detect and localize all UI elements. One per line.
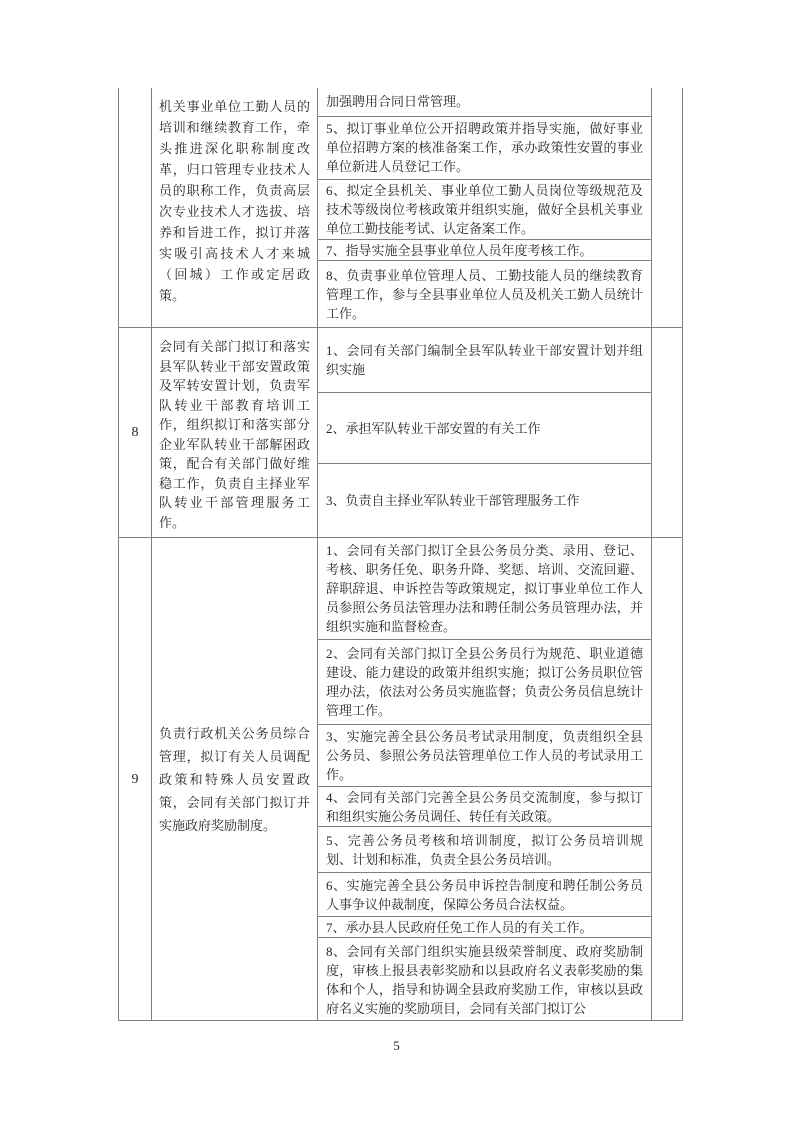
- table-row-8: 8 会同有关部门拟订和落实县军队转业干部安置政策及军转安置计划，负责军队转业干部…: [118, 328, 683, 538]
- duties-table: 机关事业单位工勤人员的培训和继续教育工作，牵头推进深化职称制度改革，归口管理专业…: [118, 88, 683, 1021]
- duty-summary-text: 会同有关部门拟订和落实县军队转业干部安置政策及军转安置计划，负责军队转业干部教育…: [159, 337, 310, 532]
- duty-item: 8、负责事业单位管理人员、工勤技能人员的继续教育管理工作，参与全县事业单位人员及…: [318, 261, 651, 327]
- row-number-cell: [118, 88, 152, 327]
- table-row-continued: 机关事业单位工勤人员的培训和继续教育工作，牵头推进深化职称制度改革，归口管理专业…: [118, 88, 683, 328]
- duty-item: 2、会同有关部门拟订全县公务员行为规范、职业道德建设、能力建设的政策并组织实施；…: [318, 640, 651, 725]
- table-row-9: 9 负责行政机关公务员综合管理，拟订有关人员调配政策和特殊人员安置政策，会同有关…: [118, 538, 683, 1021]
- duty-summary-cell: 会同有关部门拟订和落实县军队转业干部安置政策及军转安置计划，负责军队转业干部教育…: [152, 328, 318, 537]
- duty-item: 加强聘用合同日常管理。: [318, 88, 651, 117]
- spacer-cell: [652, 538, 683, 1021]
- duty-items-cell: 1、会同有关部门编制全县军队转业干部安置计划并组织实施 2、承担军队转业干部安置…: [318, 328, 652, 537]
- page-number: 5: [0, 1038, 793, 1054]
- duty-item: 6、实施完善全县公务员申诉控告制度和聘任制公务员人事争议仲裁制度，保障公务员合法…: [318, 873, 651, 917]
- document-page: { "page": { "number": "5", "background":…: [0, 0, 793, 1122]
- duty-item: 7、承办县人民政府任免工作人员的有关工作。: [318, 917, 651, 938]
- duty-item: 6、拟定全县机关、事业单位工勤人员岗位等级规范及技术等级岗位考核政策并组织实施，…: [318, 180, 651, 241]
- duty-item: 1、会同有关部门拟订全县公务员分类、录用、登记、考核、职务任免、职务升降、奖惩、…: [318, 538, 651, 640]
- duty-items-cell: 1、会同有关部门拟订全县公务员分类、录用、登记、考核、职务任免、职务升降、奖惩、…: [318, 538, 652, 1021]
- duty-summary-cell: 机关事业单位工勤人员的培训和继续教育工作，牵头推进深化职称制度改革，归口管理专业…: [152, 88, 318, 327]
- duty-summary-text: 负责行政机关公务员综合管理，拟订有关人员调配政策和特殊人员安置政策，会同有关部门…: [159, 722, 310, 837]
- duty-items-cell: 加强聘用合同日常管理。 5、拟订事业单位公开招聘政策并指导实施，做好事业单位招聘…: [318, 88, 652, 327]
- duty-item: 5、完善公务员考核和培训制度，拟订公务员培训规划、计划和标准，负责全县公务员培训…: [318, 827, 651, 873]
- spacer-cell: [652, 328, 683, 537]
- spacer-cell: [652, 88, 683, 327]
- row-number-cell: 9: [118, 538, 152, 1021]
- duty-item: 5、拟订事业单位公开招聘政策并指导实施，做好事业单位招聘方案的核准备案工作，承办…: [318, 117, 651, 180]
- duty-summary-text: 机关事业单位工勤人员的培训和继续教育工作，牵头推进深化职称制度改革，归口管理专业…: [159, 96, 310, 306]
- duty-item: 2、承担军队转业干部安置的有关工作: [318, 393, 651, 465]
- duty-item: 7、指导实施全县事业单位人员年度考核工作。: [318, 240, 651, 261]
- row-number-cell: 8: [118, 328, 152, 537]
- duty-item: 3、实施完善全县公务员考试录用制度，负责组织全县公务员、参照公务员法管理单位工作…: [318, 725, 651, 787]
- duty-summary-cell: 负责行政机关公务员综合管理，拟订有关人员调配政策和特殊人员安置政策，会同有关部门…: [152, 538, 318, 1021]
- duty-item: 3、负责自主择业军队转业干部管理服务工作: [318, 464, 651, 537]
- duty-item: 8、会同有关部门组织实施县级荣誉制度、政府奖励制度，审核上报县表彰奖励和以县政府…: [318, 938, 651, 1021]
- duty-item: 1、会同有关部门编制全县军队转业干部安置计划并组织实施: [318, 328, 651, 393]
- duty-item: 4、会同有关部门完善全县公务员交流制度，参与拟订和组织实施公务员调任、转任有关政…: [318, 787, 651, 827]
